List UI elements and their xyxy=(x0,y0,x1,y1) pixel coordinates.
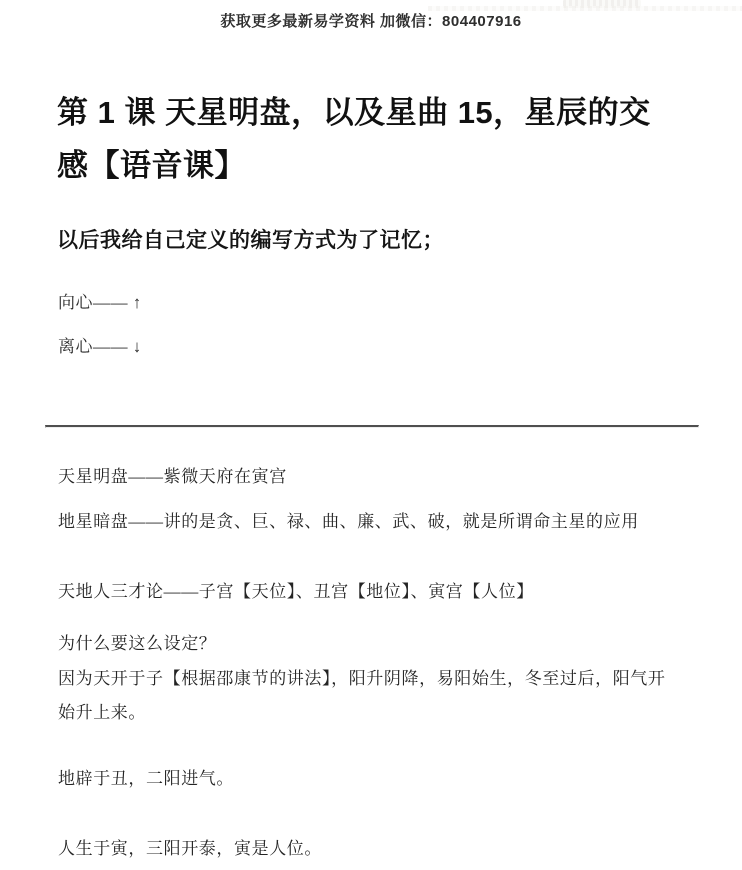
memo-line-centrifugal: 离心—— ↓ xyxy=(58,337,142,357)
section-divider xyxy=(45,425,699,428)
document-page: 获取更多最新易学资料 加微信：804407916 第 1 课 天星明盘，以及星曲… xyxy=(0,0,742,870)
document-title: 第 1 课 天星明盘，以及星曲 15，星辰的交 感【语音课】 xyxy=(57,86,702,192)
body-line-sancai-lun: 天地人三才论——子宫【天位】、丑宫【地位】、寅宫【人位】 xyxy=(58,581,708,602)
section-subtitle: 以后我给自己定义的编写方式为了记忆； xyxy=(57,224,444,254)
body-line-dipi-yuchou: 地辟于丑，二阳进气。 xyxy=(58,768,708,789)
body-line-dixing-anpan: 地星暗盘——讲的是贪、巨、禄、曲、廉、武、破，就是所谓命主星的应用 xyxy=(58,511,708,532)
body-line-tianxing-mingpan: 天星明盘——紫微天府在寅宫 xyxy=(58,466,708,487)
document-title-line-2: 感【语音课】 xyxy=(57,139,702,192)
memo-line-centripetal: 向心—— ↑ xyxy=(58,293,142,313)
body-line-reason-part-2: 始升上来。 xyxy=(58,702,708,723)
body-line-question: 为什么要这么设定？ xyxy=(58,633,708,654)
body-line-reason-part-1: 因为天开于子【根据邵康节的讲法】，阳升阴降，易阳始生，冬至过后，阳气开 xyxy=(58,668,708,689)
body-line-rensheng-yuyin: 人生于寅，三阳开泰，寅是人位。 xyxy=(58,838,708,859)
document-title-line-1: 第 1 课 天星明盘，以及星曲 15，星辰的交 xyxy=(57,86,702,139)
promo-banner: 获取更多最新易学资料 加微信：804407916 xyxy=(0,10,742,31)
